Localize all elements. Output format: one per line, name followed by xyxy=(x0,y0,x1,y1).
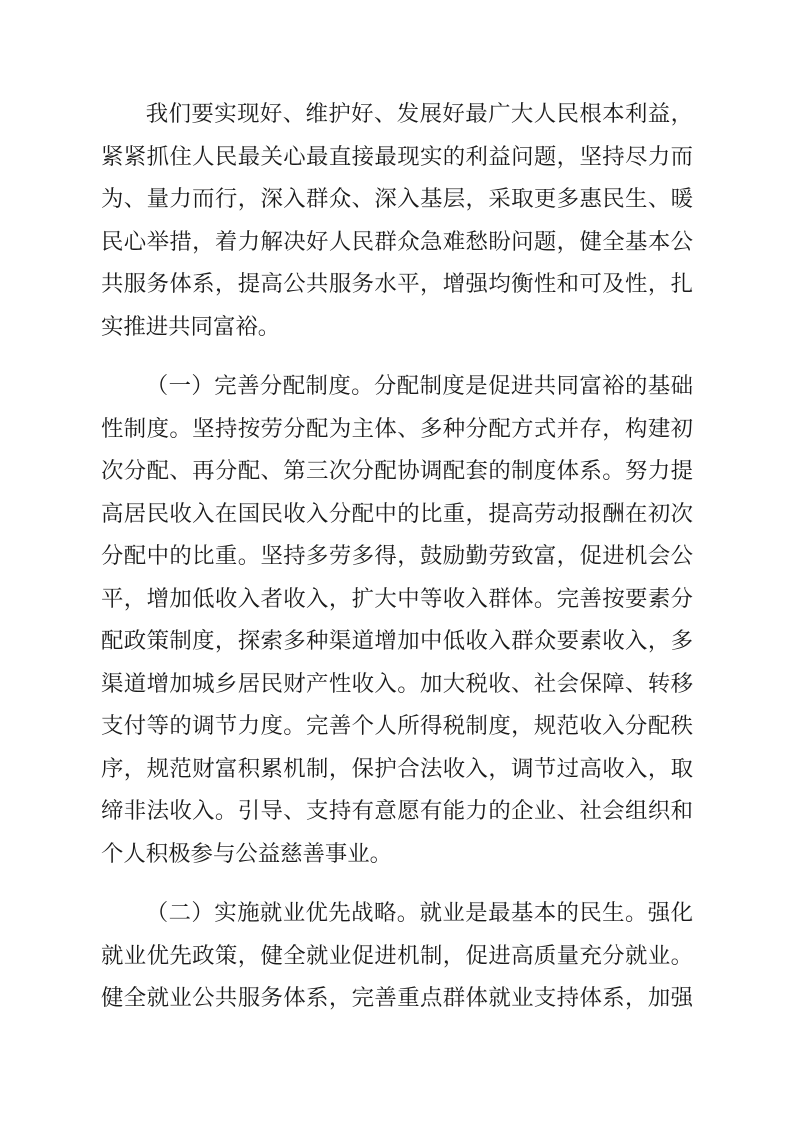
paragraph-intro: 我们要实现好、维护好、发展好最广大人民根本利益，紧紧抓住人民最关心最直接最现实的… xyxy=(101,93,693,348)
paragraph-section-2-employment-strategy: （二）实施就业优先战略。就业是最基本的民生。强化就业优先政策，健全就业促进机制，… xyxy=(101,892,693,1020)
document-page: 我们要实现好、维护好、发展好最广大人民根本利益，紧紧抓住人民最关心最直接最现实的… xyxy=(0,0,800,1131)
document-text-block: 我们要实现好、维护好、发展好最广大人民根本利益，紧紧抓住人民最关心最直接最现实的… xyxy=(101,93,693,1020)
paragraph-section-1-distribution-system: （一）完善分配制度。分配制度是促进共同富裕的基础性制度。坚持按劳分配为主体、多种… xyxy=(101,365,693,875)
